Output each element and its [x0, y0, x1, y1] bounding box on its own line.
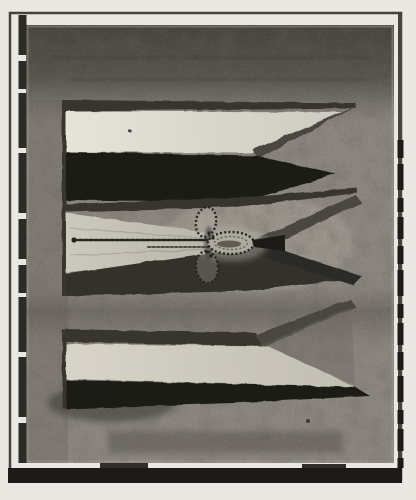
- middle-wedge-left-edge: [62, 198, 66, 296]
- insect-body-core: [217, 241, 241, 248]
- upper-wedge-speck: [128, 129, 131, 132]
- insect-bead-1: [207, 231, 210, 234]
- frame-bottom-bump-2: [302, 464, 346, 471]
- insect-bead-3: [205, 250, 208, 253]
- insect-bead-2: [211, 236, 214, 239]
- insect-bead-4: [209, 254, 212, 257]
- pin-head: [71, 237, 76, 242]
- upper-wedge-left-edge: [62, 100, 66, 201]
- engraving: [0, 0, 416, 500]
- lower-wedge-speck: [306, 419, 310, 423]
- engraving-svg: [0, 0, 416, 500]
- frame-bottom-bump-1: [100, 463, 148, 471]
- lower-wedge-left-edge: [62, 330, 66, 408]
